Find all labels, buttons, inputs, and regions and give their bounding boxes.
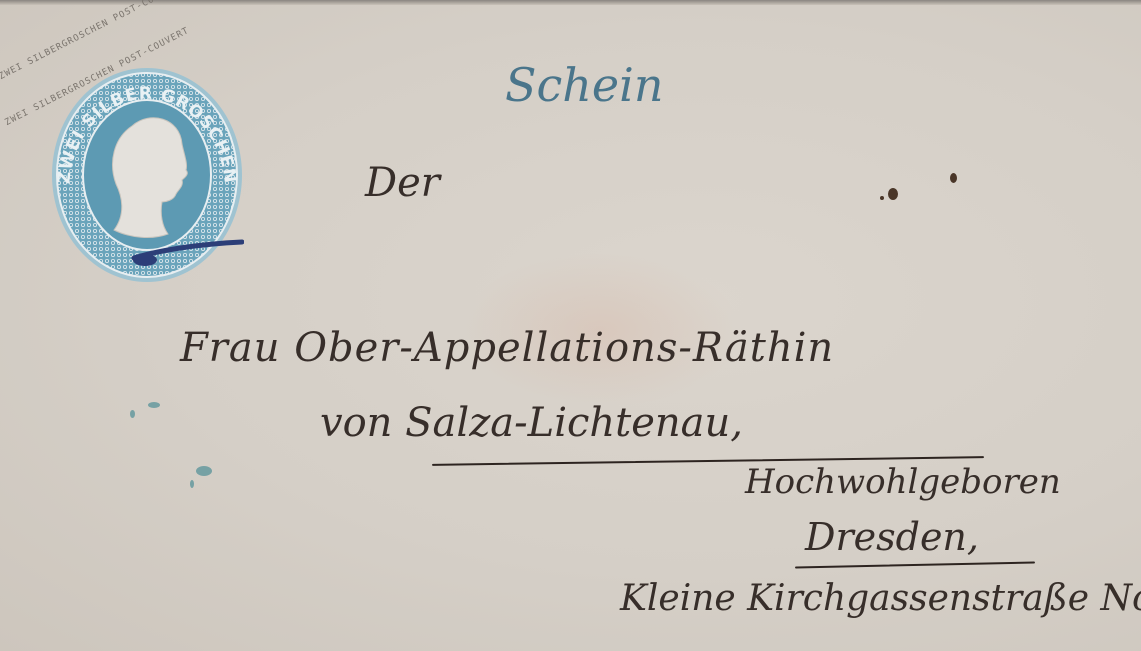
envelope-top-edge	[0, 0, 1141, 5]
envelope: ZWEI SILBERGROSCHEN POST-COUVERT ZWEI SI…	[0, 0, 1141, 651]
address-line-2: von Salza-Lichtenau,	[320, 400, 743, 446]
ink-spot	[196, 466, 212, 476]
handwritten-salutation: Der	[365, 160, 440, 206]
address-underline-2	[795, 561, 1035, 568]
ink-spot	[950, 173, 957, 183]
address-line-4-city: Dresden,	[805, 515, 979, 559]
ink-spot	[190, 480, 194, 488]
address-line-1: Frau Ober-Appellations-Räthin	[180, 325, 834, 371]
ink-spot	[880, 196, 884, 200]
stamp-portrait-icon: ZWEI SILBER GROSCHEN	[50, 66, 244, 284]
address-line-5-street: Kleine Kirchgassenstraße No 1.	[620, 578, 1141, 619]
handwritten-title: Schein	[505, 58, 663, 112]
address-line-3: Hochwohlgeboren	[745, 462, 1061, 502]
ink-spot	[148, 402, 160, 408]
embossed-stamp: ZWEI SILBER GROSCHEN	[50, 66, 244, 284]
ink-spot	[130, 410, 135, 418]
ink-spot	[888, 188, 898, 200]
